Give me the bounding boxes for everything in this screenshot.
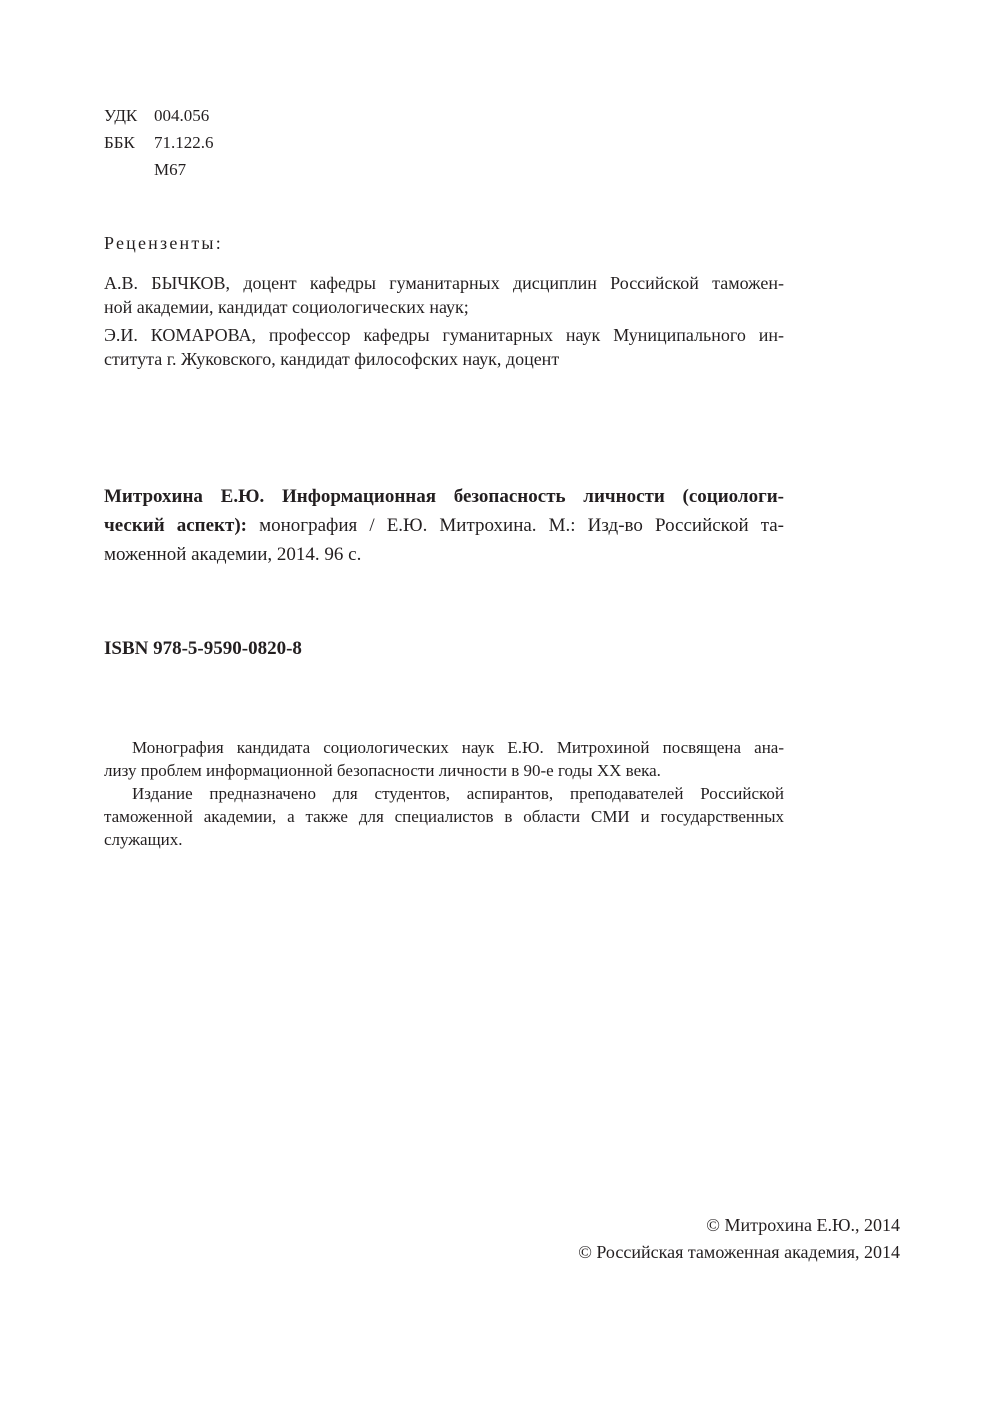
- annotation-p2-line2: таможенной академии, а также для специал…: [104, 805, 784, 828]
- bbk-value: 71.122.6: [154, 129, 214, 156]
- author-mark: М67: [154, 156, 186, 183]
- reviewer-1: А.В. БЫЧКОВ, доцент кафедры гуманитарных…: [104, 271, 784, 319]
- reviewer-2-line1: Э.И. КОМАРОВА, профессор кафедры гуманит…: [104, 323, 784, 347]
- annotation-p2-line1: Издание предназначено для студентов, асп…: [104, 782, 784, 805]
- udk-row: УДК 004.056: [104, 102, 214, 129]
- biblio-line3: моженной академии, 2014. 96 с.: [104, 544, 361, 565]
- author-mark-row: М67: [104, 156, 214, 183]
- copyright: © Митрохина Е.Ю., 2014 © Российская тамо…: [578, 1212, 900, 1266]
- annotation-p1-line2: лизу проблем информационной безопасности…: [104, 759, 784, 782]
- annotation-p2-line3: служащих.: [104, 828, 784, 851]
- udk-label: УДК: [104, 102, 154, 129]
- reviewer-1-line1: А.В. БЫЧКОВ, доцент кафедры гуманитарных…: [104, 271, 784, 295]
- copyright-author: © Митрохина Е.Ю., 2014: [578, 1212, 900, 1239]
- biblio-title-line2: ческий аспект):: [104, 515, 247, 536]
- biblio-title-line1: Митрохина Е.Ю. Информационная безопаснос…: [104, 486, 784, 507]
- isbn: ISBN 978-5-9590-0820-8: [104, 638, 302, 660]
- reviewer-1-line2: ной академии, кандидат социологических н…: [104, 297, 469, 317]
- bibliographic-description: Митрохина Е.Ю. Информационная безопаснос…: [104, 482, 784, 569]
- annotation-p1-line1: Монография кандидата социологических нау…: [104, 736, 784, 759]
- udk-value: 004.056: [154, 102, 209, 129]
- biblio-rest-line2: монография / Е.Ю. Митрохина. М.: Изд-во …: [247, 515, 784, 536]
- copyright-publisher: © Российская таможенная академия, 2014: [578, 1239, 900, 1266]
- bbk-label: ББК: [104, 129, 154, 156]
- classification-codes: УДК 004.056 ББК 71.122.6 М67: [104, 102, 214, 183]
- reviewer-2: Э.И. КОМАРОВА, профессор кафедры гуманит…: [104, 323, 784, 371]
- bbk-row: ББК 71.122.6: [104, 129, 214, 156]
- reviewer-2-line2: ститута г. Жуковского, кандидат философс…: [104, 349, 559, 369]
- annotation: Монография кандидата социологических нау…: [104, 736, 784, 851]
- reviewers-title: Рецензенты:: [104, 233, 223, 254]
